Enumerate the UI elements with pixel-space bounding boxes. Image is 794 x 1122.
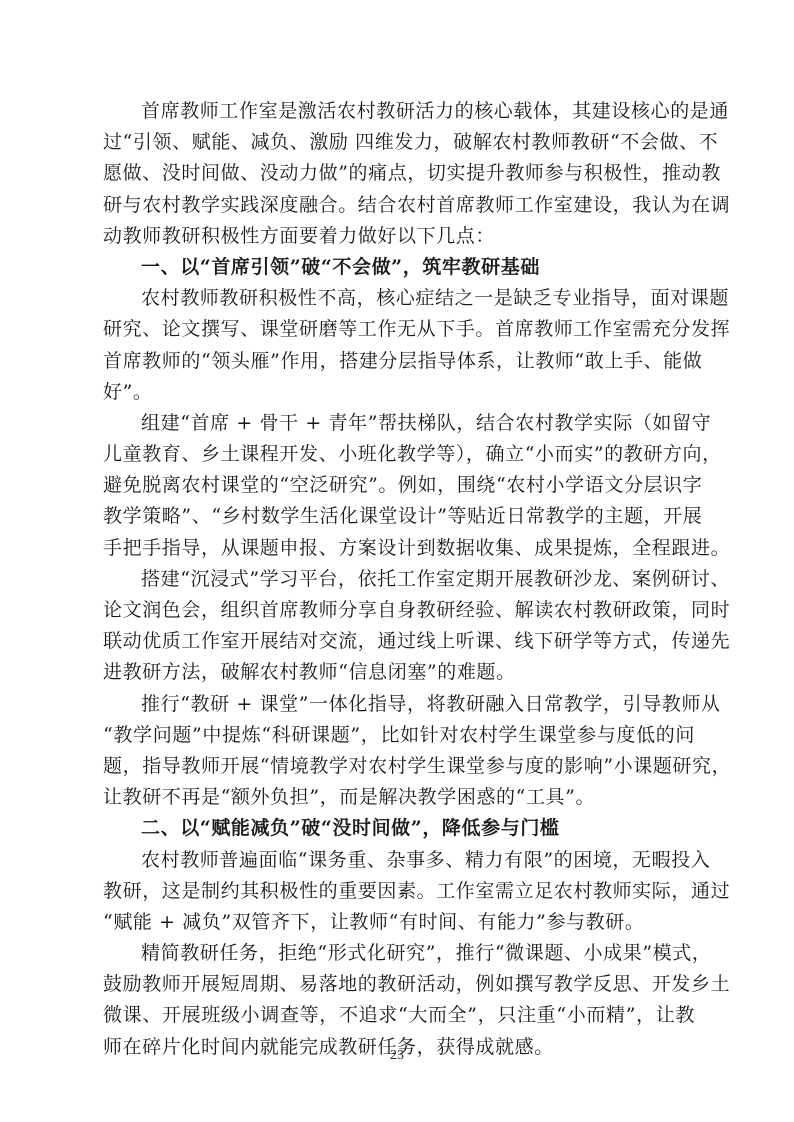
text-line: 组建“首席 + 骨干 + 青年”帮扶梯队，结合农村教学实际（如留守 bbox=[103, 408, 695, 439]
text-line: 儿童教育、乡土课程开发、小班化教学等），确立“小而实”的教研方向， bbox=[103, 439, 695, 470]
text-line: 研究、论文撰写、课堂研磨等工作无从下手。首席教师工作室需充分发挥 bbox=[103, 314, 695, 345]
text-line: 让教研不再是“额外负担”，而是解决教学困惑的“工具”。 bbox=[103, 782, 695, 813]
text-line: 联动优质工作室开展结对交流，通过线上听课、线下研学等方式，传递先 bbox=[103, 626, 695, 657]
document-body: 首席教师工作室是激活农村教研活力的核心载体，其建设核心的是通过“引领、赋能、减负… bbox=[103, 96, 695, 1063]
page-number: 23 bbox=[0, 1048, 794, 1064]
text-line: 推行“教研 + 课堂”一体化指导，将教研融入日常教学，引导教师从 bbox=[103, 689, 695, 720]
text-line: 农村教师教研积极性不高，核心症结之一是缺乏专业指导，面对课题 bbox=[103, 283, 695, 314]
text-line: 进教研方法，破解农村教师“信息闭塞”的难题。 bbox=[103, 657, 695, 688]
text-line: 题，指导教师开展“情境教学对农村学生课堂参与度的影响”小课题研究， bbox=[103, 751, 695, 782]
text-line: 搭建“沉浸式”学习平台，依托工作室定期开展教研沙龙、案例研讨、 bbox=[103, 564, 695, 595]
text-line: 首席教师的“领头雁”作用，搭建分层指导体系，让教师“敢上手、能做 bbox=[103, 346, 695, 377]
section-heading: 二、以“赋能减负”破“没时间做”，降低参与门槛 bbox=[103, 813, 695, 844]
text-line: 研与农村教学实践深度融合。结合农村首席教师工作室建设，我认为在调 bbox=[103, 190, 695, 221]
text-line: 好”。 bbox=[103, 377, 695, 408]
text-line: 精简教研任务，拒绝“形式化研究”，推行“微课题、小成果”模式， bbox=[103, 938, 695, 969]
text-line: 农村教师普遍面临“课务重、杂事多、精力有限”的困境，无暇投入 bbox=[103, 845, 695, 876]
text-line: 鼓励教师开展短周期、易落地的教研活动，例如撰写教学反思、开发乡土 bbox=[103, 969, 695, 1000]
text-line: 过“引领、赋能、减负、激励 四维发力，破解农村教师教研“不会做、不 bbox=[103, 127, 695, 158]
text-line: 动教师教研积极性方面要着力做好以下几点： bbox=[103, 221, 695, 252]
text-line: 教研，这是制约其积极性的重要因素。工作室需立足农村教师实际，通过 bbox=[103, 876, 695, 907]
text-line: 愿做、没时间做、没动力做”的痛点，切实提升教师参与积极性，推动教 bbox=[103, 158, 695, 189]
text-line: 微课、开展班级小调查等，不追求“大而全”，只注重“小而精”，让教 bbox=[103, 1000, 695, 1031]
section-heading: 一、以“首席引领”破“不会做”，筑牢教研基础 bbox=[103, 252, 695, 283]
text-line: 手把手指导，从课题申报、方案设计到数据收集、成果提炼，全程跟进。 bbox=[103, 533, 695, 564]
text-line: 避免脱离农村课堂的“空泛研究”。例如，围绕“农村小学语文分层识字 bbox=[103, 470, 695, 501]
text-line: 论文润色会，组织首席教师分享自身教研经验、解读农村教研政策，同时 bbox=[103, 595, 695, 626]
text-line: 教学策略”、“乡村数学生活化课堂设计”等贴近日常教学的主题，开展 bbox=[103, 501, 695, 532]
text-line: 首席教师工作室是激活农村教研活力的核心载体，其建设核心的是通 bbox=[103, 96, 695, 127]
text-line: “赋能 + 减负”双管齐下，让教师“有时间、有能力”参与教研。 bbox=[103, 907, 695, 938]
text-line: “教学问题”中提炼“科研课题”，比如针对农村学生课堂参与度低的问 bbox=[103, 720, 695, 751]
